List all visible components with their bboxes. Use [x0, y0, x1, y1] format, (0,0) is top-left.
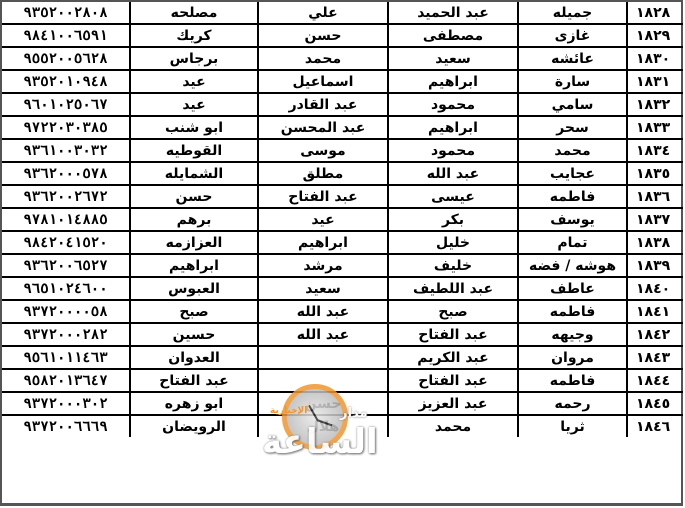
family-name-cell: العزازمه — [130, 231, 258, 254]
first-name-cell: جميله — [518, 2, 627, 24]
father-name-cell: محمد — [388, 415, 518, 437]
family-name-cell: عيد — [130, 93, 258, 116]
father-name-cell: محمود — [388, 139, 518, 162]
national-id-cell: ٩٣٧٢٠٠٦٦٦٩ — [2, 415, 130, 437]
grandfather-name-cell: سعيد — [258, 277, 388, 300]
grandfather-name-cell — [258, 369, 388, 392]
serial-number-cell: ١٨٣٧ — [627, 208, 683, 231]
family-name-cell: حسن — [130, 185, 258, 208]
family-name-cell: ابراهيم — [130, 254, 258, 277]
national-id-cell: ٩٣٥٢٠٠٢٨٠٨ — [2, 2, 130, 24]
first-name-cell: تمام — [518, 231, 627, 254]
family-name-cell: الرويضان — [130, 415, 258, 437]
table-row: ٩٦٥١٠٢٤٦٠٠العبوسسعيدعبد اللطيفعاطف١٨٤٠ — [2, 277, 683, 300]
national-id-cell: ٩٧٢٢٠٣٠٣٨٥ — [2, 116, 130, 139]
grandfather-name-cell: علي — [258, 2, 388, 24]
father-name-cell: ابراهيم — [388, 116, 518, 139]
national-id-cell: ٩٣٧٢٠٠٠٢٨٢ — [2, 323, 130, 346]
first-name-cell: سامي — [518, 93, 627, 116]
family-name-cell: ابو زهره — [130, 392, 258, 415]
serial-number-cell: ١٨٤٢ — [627, 323, 683, 346]
first-name-cell: سحر — [518, 116, 627, 139]
national-id-cell: ٩٨٤٢٠٤١٥٢٠ — [2, 231, 130, 254]
father-name-cell: ابراهيم — [388, 70, 518, 93]
first-name-cell: فاطمه — [518, 300, 627, 323]
grandfather-name-cell: عيد — [258, 208, 388, 231]
family-name-cell: برجاس — [130, 47, 258, 70]
national-id-cell: ٩٥٥٢٠٠٥٦٢٨ — [2, 47, 130, 70]
family-name-cell: مصلحه — [130, 2, 258, 24]
first-name-cell: مروان — [518, 346, 627, 369]
national-id-cell: ٩٣٥٢٠١٠٩٤٨ — [2, 70, 130, 93]
serial-number-cell: ١٨٣٩ — [627, 254, 683, 277]
serial-number-cell: ١٨٣٣ — [627, 116, 683, 139]
serial-number-cell: ١٨٣١ — [627, 70, 683, 93]
first-name-cell: رحمه — [518, 392, 627, 415]
first-name-cell: عاطف — [518, 277, 627, 300]
first-name-cell: يوسف — [518, 208, 627, 231]
table-row: ٩٣٥٢٠١٠٩٤٨عيداسماعيلابراهيمسارة١٨٣١ — [2, 70, 683, 93]
table-row: ٩٧٨١٠١٤٨٨٥برهمعيدبكريوسف١٨٣٧ — [2, 208, 683, 231]
serial-number-cell: ١٨٢٨ — [627, 2, 683, 24]
family-name-cell: العبوس — [130, 277, 258, 300]
father-name-cell: صبح — [388, 300, 518, 323]
father-name-cell: مصطفى — [388, 24, 518, 47]
first-name-cell: سارة — [518, 70, 627, 93]
family-name-cell: برهم — [130, 208, 258, 231]
national-id-cell: ٩٣٦٢٠٠٢٦٧٢ — [2, 185, 130, 208]
family-name-cell: حسين — [130, 323, 258, 346]
grandfather-name-cell: اسماعيل — [258, 70, 388, 93]
grandfather-name-cell: حسن — [258, 392, 388, 415]
father-name-cell: محمود — [388, 93, 518, 116]
first-name-cell: ثريا — [518, 415, 627, 437]
grandfather-name-cell: ابراهيم — [258, 231, 388, 254]
family-name-cell: عبد الفتاح — [130, 369, 258, 392]
father-name-cell: خليف — [388, 254, 518, 277]
first-name-cell: وجيهه — [518, 323, 627, 346]
serial-number-cell: ١٨٣٢ — [627, 93, 683, 116]
serial-number-cell: ١٨٤٦ — [627, 415, 683, 437]
serial-number-cell: ١٨٣٤ — [627, 139, 683, 162]
grandfather-name-cell: عبد القادر — [258, 93, 388, 116]
table-row: ٩٣٦٢٠٠٢٦٧٢حسنعبد الفتاحعيسىفاطمه١٨٣٦ — [2, 185, 683, 208]
table-row: ٩٥٨٢٠١٣٦٤٧عبد الفتاحعبد الفتاحفاطمه١٨٤٤ — [2, 369, 683, 392]
national-id-cell: ٩٣٦٢٠٠٠٥٧٨ — [2, 162, 130, 185]
table-row: ٩٣٧٢٠٠٠٣٠٢ابو زهرهحسنعبد العزيزرحمه١٨٤٥ — [2, 392, 683, 415]
first-name-cell: هوشه / فضه — [518, 254, 627, 277]
serial-number-cell: ١٨٤٣ — [627, 346, 683, 369]
family-name-cell: كريك — [130, 24, 258, 47]
family-name-cell: العدوان — [130, 346, 258, 369]
grandfather-name-cell: حسن — [258, 24, 388, 47]
serial-number-cell: ١٨٣٨ — [627, 231, 683, 254]
serial-number-cell: ١٨٤٠ — [627, 277, 683, 300]
serial-number-cell: ١٨٢٩ — [627, 24, 683, 47]
serial-number-cell: ١٨٣٠ — [627, 47, 683, 70]
serial-number-cell: ١٨٤٤ — [627, 369, 683, 392]
grandfather-name-cell: مرشد — [258, 254, 388, 277]
father-name-cell: خليل — [388, 231, 518, 254]
father-name-cell: عبد الفتاح — [388, 323, 518, 346]
grandfather-name-cell: عبد الله — [258, 300, 388, 323]
table-row: ٩٣٦٢٠٠٠٥٧٨الشمايلهمطلقعبد اللهعجايب١٨٣٥ — [2, 162, 683, 185]
table-row: ٩٣٧٢٠٠٠٢٨٢حسينعبد اللهعبد الفتاحوجيهه١٨٤… — [2, 323, 683, 346]
father-name-cell: عبد الكريم — [388, 346, 518, 369]
grandfather-name-cell — [258, 346, 388, 369]
family-name-cell: صبح — [130, 300, 258, 323]
serial-number-cell: ١٨٣٥ — [627, 162, 683, 185]
serial-number-cell: ١٨٤١ — [627, 300, 683, 323]
table-row: ٩٣٦٢٠٠٦٥٢٧ابراهيممرشدخليفهوشه / فضه١٨٣٩ — [2, 254, 683, 277]
national-id-cell: ٩٨٤١٠٠٦٥٩١ — [2, 24, 130, 47]
father-name-cell: عبد العزيز — [388, 392, 518, 415]
grandfather-name-cell: محمد — [258, 47, 388, 70]
table-row: ٩٦٠١٠٢٥٠٦٧عيدعبد القادرمحمودسامي١٨٣٢ — [2, 93, 683, 116]
first-name-cell: غازى — [518, 24, 627, 47]
table-body: ٩٣٥٢٠٠٢٨٠٨مصلحهعليعبد الحميدجميله١٨٢٨٩٨٤… — [2, 2, 683, 437]
table-row: ٩٥٦١٠١١٤٦٣العدوانعبد الكريممروان١٨٤٣ — [2, 346, 683, 369]
national-id-cell: ٩٣٧٢٠٠٠٣٠٢ — [2, 392, 130, 415]
national-id-cell: ٩٦٠١٠٢٥٠٦٧ — [2, 93, 130, 116]
grandfather-name-cell: عبد الله — [258, 323, 388, 346]
table-row: ٩٥٥٢٠٠٥٦٢٨برجاسمحمدسعيدعائشه١٨٣٠ — [2, 47, 683, 70]
national-id-cell: ٩٣٦١٠٠٣٠٣٢ — [2, 139, 130, 162]
national-id-cell: ٩٥٦١٠١١٤٦٣ — [2, 346, 130, 369]
grandfather-name-cell: عبد الفتاح — [258, 185, 388, 208]
father-name-cell: عبد اللطيف — [388, 277, 518, 300]
grandfather-name-cell: هلال — [258, 415, 388, 437]
document-sheet: ٩٣٥٢٠٠٢٨٠٨مصلحهعليعبد الحميدجميله١٨٢٨٩٨٤… — [0, 0, 683, 506]
first-name-cell: فاطمه — [518, 369, 627, 392]
table-row: ٩٣٧٢٠٠٦٦٦٩الرويضانهلالمحمدثريا١٨٤٦ — [2, 415, 683, 437]
national-id-cell: ٩٣٧٢٠٠٠٠٥٨ — [2, 300, 130, 323]
family-name-cell: عيد — [130, 70, 258, 93]
father-name-cell: عبد الفتاح — [388, 369, 518, 392]
table-row: ٩٧٢٢٠٣٠٣٨٥ابو شنبعبد المحسنابراهيمسحر١٨٣… — [2, 116, 683, 139]
table-row: ٩٣٧٢٠٠٠٠٥٨صبحعبد اللهصبحفاطمه١٨٤١ — [2, 300, 683, 323]
father-name-cell: سعيد — [388, 47, 518, 70]
national-id-cell: ٩٦٥١٠٢٤٦٠٠ — [2, 277, 130, 300]
table-row: ٩٣٥٢٠٠٢٨٠٨مصلحهعليعبد الحميدجميله١٨٢٨ — [2, 2, 683, 24]
table-row: ٩٣٦١٠٠٣٠٣٢القوطيهموسىمحمودمحمد١٨٣٤ — [2, 139, 683, 162]
first-name-cell: فاطمه — [518, 185, 627, 208]
father-name-cell: بكر — [388, 208, 518, 231]
national-id-cell: ٩٣٦٢٠٠٦٥٢٧ — [2, 254, 130, 277]
serial-number-cell: ١٨٤٥ — [627, 392, 683, 415]
national-id-cell: ٩٧٨١٠١٤٨٨٥ — [2, 208, 130, 231]
family-name-cell: الشمايله — [130, 162, 258, 185]
father-name-cell: عبد الله — [388, 162, 518, 185]
grandfather-name-cell: مطلق — [258, 162, 388, 185]
first-name-cell: محمد — [518, 139, 627, 162]
serial-number-cell: ١٨٣٦ — [627, 185, 683, 208]
father-name-cell: عبد الحميد — [388, 2, 518, 24]
family-name-cell: ابو شنب — [130, 116, 258, 139]
father-name-cell: عيسى — [388, 185, 518, 208]
names-table: ٩٣٥٢٠٠٢٨٠٨مصلحهعليعبد الحميدجميله١٨٢٨٩٨٤… — [2, 2, 683, 437]
table-row: ٩٨٤١٠٠٦٥٩١كريكحسنمصطفىغازى١٨٢٩ — [2, 24, 683, 47]
grandfather-name-cell: عبد المحسن — [258, 116, 388, 139]
national-id-cell: ٩٥٨٢٠١٣٦٤٧ — [2, 369, 130, 392]
first-name-cell: عائشه — [518, 47, 627, 70]
table-row: ٩٨٤٢٠٤١٥٢٠العزازمهابراهيمخليلتمام١٨٣٨ — [2, 231, 683, 254]
family-name-cell: القوطيه — [130, 139, 258, 162]
first-name-cell: عجايب — [518, 162, 627, 185]
grandfather-name-cell: موسى — [258, 139, 388, 162]
